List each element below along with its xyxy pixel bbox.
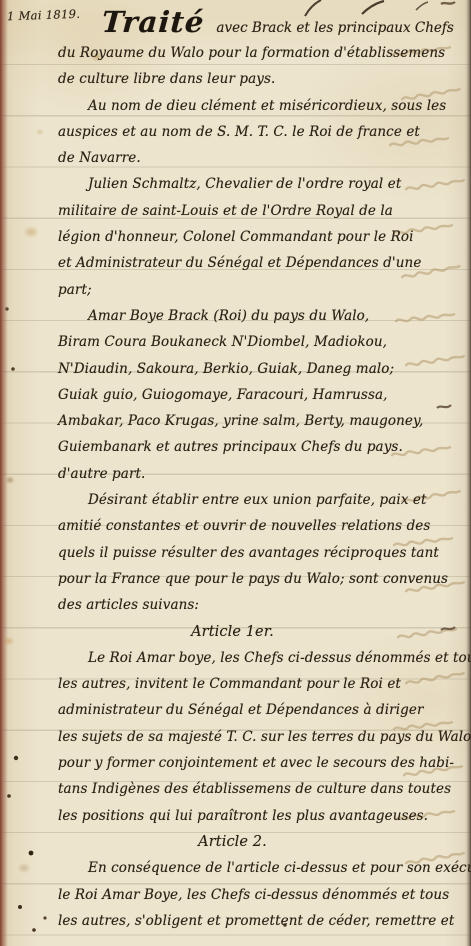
document-title-subtitle: avec Brack et les principaux Chefs [216,20,453,36]
text-line: N'Diaudin, Sakoura, Berkio, Guiak, Daneg… [58,356,462,382]
text-line: Julien Schmaltz, Chevalier de l'ordre ro… [58,171,462,197]
text-line: amitié constantes et ouvrir de nouvelles… [58,513,462,539]
text-line: Le Roi Amar boye, les Chefs ci-dessus dé… [58,645,462,671]
manuscript-page: 1 Mai 1819. Traité avec Brack et les pri… [0,0,471,946]
ink-specks [0,0,2,2]
text-line: d'autre part. [58,461,462,487]
text-line: Guiak guio, Guiogomaye, Faracouri, Hamru… [58,382,462,408]
text-line: de Navarre. [58,145,462,171]
title-line: Traité avec Brack et les principaux Chef… [102,5,462,40]
text-line: le Roi Amar Boye, les Chefs ci-dessus dé… [58,882,462,908]
text-line: pour y former conjointement et avec le s… [58,750,462,776]
page-edge-right [466,0,471,946]
text-line: et Administrateur du Sénégal et Dépendan… [58,250,462,276]
text-line: les autres, s'obligent et promettent de … [58,908,462,934]
text-line: militaire de saint-Louis et de l'Ordre R… [58,198,462,224]
text-line: les autres, invitent le Commandant pour … [58,671,462,697]
document-title: Traité [101,5,206,39]
text-line: pour la France que pour le pays du Walo;… [58,566,462,592]
text-line: auspices et au nom de S. M. T. C. le Roi… [58,119,462,145]
text-line: Amar Boye Brack (Roi) du pays du Walo, [58,303,462,329]
text-line: du Royaume du Walo pour la formation d'é… [58,40,462,66]
text-line: Désirant établir entre eux union parfait… [58,487,462,513]
text-line: Biram Coura Boukaneck N'Diombel, Madioko… [58,329,462,355]
text-lines: du Royaume du Walo pour la formation d'é… [58,40,462,934]
text-line: les positions qui lui paraîtront les plu… [58,803,462,829]
manuscript-text: Traité avec Brack et les principaux Chef… [58,5,462,934]
text-line: les sujets de sa majesté T. C. sur les t… [58,724,462,750]
binding-edge-left [0,0,8,946]
text-line: administrateur du Sénégal et Dépendances… [58,697,462,723]
text-line: quels il puisse résulter des avantages r… [58,540,462,566]
text-line: de culture libre dans leur pays. [58,66,462,92]
article-heading: Article 2. [58,829,462,855]
text-line: des articles suivans: [58,592,462,618]
text-line: En conséquence de l'article ci-dessus et… [58,855,462,881]
text-line: tans Indigènes des établissemens de cult… [58,776,462,802]
text-line: part; [58,277,462,303]
text-line: Guiembanark et autres principaux Chefs d… [58,434,462,460]
article-heading: Article 1er. [58,619,462,645]
text-line: légion d'honneur, Colonel Commandant pou… [58,224,462,250]
text-line: Au nom de dieu clément et miséricordieux… [58,93,462,119]
text-line: Ambakar, Paco Krugas, yrine salm, Berty,… [58,408,462,434]
